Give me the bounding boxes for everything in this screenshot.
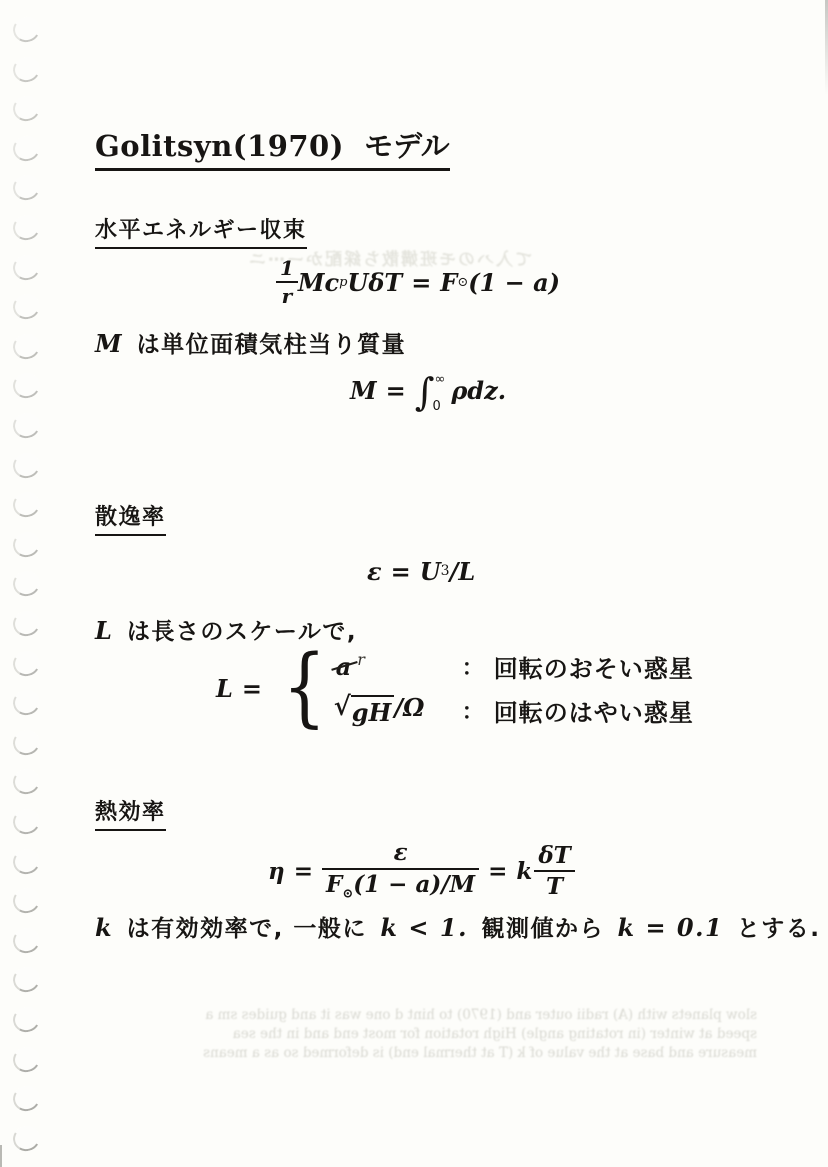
var-k: k bbox=[516, 858, 532, 885]
integral-upper-limit: ∞ bbox=[435, 372, 446, 387]
equals-sign: = bbox=[411, 268, 431, 297]
binding-hole bbox=[10, 568, 42, 599]
binding-hole bbox=[10, 489, 42, 520]
radicand-gH: gH bbox=[351, 695, 394, 727]
binding-hole bbox=[10, 964, 42, 995]
equals-sign: = bbox=[488, 858, 507, 885]
case-colon: ： bbox=[462, 651, 484, 682]
note-k-text-2: 観測値から bbox=[481, 916, 604, 942]
var-M: M bbox=[350, 376, 377, 405]
equation-energy-balance: 1 r McpUδT = F⊙(1 − a) bbox=[4, 252, 828, 312]
case-fast-rotation: √gH /Ω ： 回転のはやい惑星 bbox=[334, 691, 694, 729]
case-slow-rotation: ar ： 回転のおそい惑星 bbox=[334, 647, 694, 685]
binding-hole bbox=[10, 1004, 42, 1035]
fraction-numerator: 1 bbox=[276, 257, 298, 279]
fraction-numerator-dT: δT bbox=[534, 843, 574, 868]
binding-hole bbox=[10, 1044, 42, 1075]
bleedthrough-line: slow planets with (A) radii outer and (1… bbox=[85, 1006, 757, 1025]
var-L: L bbox=[216, 674, 233, 703]
binding-hole bbox=[10, 846, 42, 877]
binding-hole bbox=[10, 1083, 42, 1114]
equals-sign: = bbox=[242, 674, 262, 703]
binding-hole bbox=[10, 54, 42, 85]
binding-hole bbox=[10, 331, 42, 362]
fraction-1-over-r: 1 r bbox=[276, 257, 298, 307]
equals-sign: = bbox=[386, 376, 406, 405]
term-UdT: UδT bbox=[347, 268, 402, 297]
integrand-rho-dz: ρdz. bbox=[451, 376, 506, 405]
term-one-minus-a: (1 − a) bbox=[468, 268, 560, 297]
fraction-bar bbox=[322, 868, 479, 870]
var-epsilon: ε bbox=[367, 557, 382, 586]
binding-hole bbox=[10, 687, 42, 718]
var-k: k bbox=[95, 913, 113, 942]
binding-hole bbox=[10, 172, 42, 203]
term-one-minus-a-over-M: (1 − a)/M bbox=[353, 871, 475, 898]
section-heading-dissipation-rate: 散逸率 bbox=[95, 500, 166, 536]
radical-sign: √ bbox=[334, 694, 351, 720]
fraction-bar bbox=[276, 281, 298, 283]
handwritten-r-correction: r bbox=[357, 650, 365, 669]
equals-sign: = bbox=[391, 557, 411, 586]
fraction-dT-over-T: δT T bbox=[534, 843, 574, 900]
binding-hole bbox=[10, 529, 42, 560]
binding-hole bbox=[10, 766, 42, 797]
equals-sign: = bbox=[294, 858, 313, 885]
superscript-3: 3 bbox=[441, 563, 450, 579]
binding-hole bbox=[10, 727, 42, 758]
binding-hole bbox=[10, 370, 42, 401]
note-effective-efficiency: k は有効効率で, 一般に k < 1. 観測値から k = 0.1 とする. bbox=[95, 910, 824, 943]
fraction-numerator-epsilon: ε bbox=[390, 840, 412, 865]
integral-lower-limit: 0 bbox=[433, 399, 441, 414]
case-slow-label: 回転のおそい惑星 bbox=[494, 649, 694, 684]
binding-hole bbox=[10, 133, 42, 164]
binding-hole bbox=[10, 608, 42, 639]
title-japanese: モデル bbox=[364, 129, 450, 163]
binding-hole bbox=[10, 648, 42, 679]
subscript-sun: ⊙ bbox=[342, 886, 353, 901]
fraction-epsilon-over-forcing: ε F⊙(1 − a)/M bbox=[322, 840, 479, 901]
equation-column-mass: M = ∫ ∞ 0 ρdz. bbox=[350, 366, 506, 414]
printed-a-struck-out: a bbox=[334, 652, 354, 681]
bleedthrough-paragraph: slow planets with (A) radii outer and (1… bbox=[85, 1006, 757, 1063]
bleedthrough-line: speed at winter (in rotating angle) High… bbox=[85, 1025, 757, 1044]
case-fast-label: 回転のはやい惑星 bbox=[494, 693, 694, 728]
term-over-L: /L bbox=[450, 557, 476, 586]
binding-hole bbox=[10, 885, 42, 916]
binding-hole bbox=[10, 925, 42, 956]
integral-limits: ∞ 0 bbox=[435, 372, 446, 414]
var-L: L bbox=[95, 616, 113, 645]
case-slow-value: ar bbox=[334, 652, 462, 681]
var-F: F bbox=[326, 871, 342, 898]
binding-hole bbox=[10, 410, 42, 441]
case-fast-value: √gH /Ω bbox=[334, 693, 462, 727]
binding-hole bbox=[10, 212, 42, 243]
term-F: F bbox=[440, 268, 457, 297]
fraction-bar bbox=[534, 870, 574, 872]
equation-dissipation: ε = U3/L bbox=[367, 553, 475, 589]
section-heading-energy-convergence: 水平エネルギー収束 bbox=[95, 213, 307, 249]
binding-hole bbox=[10, 806, 42, 837]
expr-k-less-than-1: k < 1. bbox=[380, 913, 468, 942]
note-mass-definition: M は単位面積気柱当り質量 bbox=[95, 326, 410, 359]
note-mass-text: は単位面積気柱当り質量 bbox=[137, 332, 407, 358]
equation-efficiency: η = ε F⊙(1 − a)/M = k δT T bbox=[268, 840, 575, 902]
equation-length-scale-cases: L = { ar ： 回転のおそい惑星 √gH /Ω ： 回転のはやい惑星 bbox=[216, 642, 694, 734]
note-k-text-3: とする. bbox=[737, 916, 821, 942]
fraction-denominator: r bbox=[278, 285, 297, 307]
scanned-page: Golitsyn(1970) モデル 水平エネルギー収束 て入ハのモ班媾散ち綵配… bbox=[0, 0, 828, 1167]
fraction-denominator: F⊙(1 − a)/M bbox=[322, 872, 479, 902]
note-k-text-1: は有効効率で, 一般に bbox=[127, 916, 367, 942]
cases-column: ar ： 回転のおそい惑星 √gH /Ω ： 回転のはやい惑星 bbox=[334, 647, 694, 729]
var-U: U bbox=[420, 557, 441, 586]
section-heading-thermal-efficiency: 熱効率 bbox=[95, 795, 166, 831]
binding-hole bbox=[10, 450, 42, 481]
case-colon: ： bbox=[462, 695, 484, 726]
var-M: M bbox=[95, 329, 123, 358]
expr-k-equals-0.1: k = 0.1 bbox=[617, 913, 723, 942]
title-latin: Golitsyn(1970) bbox=[95, 129, 344, 163]
page-edge-tick bbox=[0, 1145, 2, 1167]
fraction-denominator-T: T bbox=[542, 874, 567, 899]
binding-hole bbox=[10, 93, 42, 124]
left-brace: { bbox=[282, 648, 326, 727]
square-root: √gH bbox=[334, 695, 395, 727]
subscript-p: p bbox=[339, 275, 347, 290]
term-McpUdT: Mc bbox=[298, 268, 339, 297]
term-over-omega: /Ω bbox=[394, 693, 424, 722]
binding-hole bbox=[10, 14, 42, 45]
subscript-sun: ⊙ bbox=[457, 275, 468, 290]
binding-hole bbox=[10, 1123, 42, 1154]
var-eta: η bbox=[268, 858, 285, 885]
bleedthrough-line: measure and base at the value of k (T at… bbox=[85, 1044, 757, 1063]
page-title: Golitsyn(1970) モデル bbox=[95, 128, 450, 171]
